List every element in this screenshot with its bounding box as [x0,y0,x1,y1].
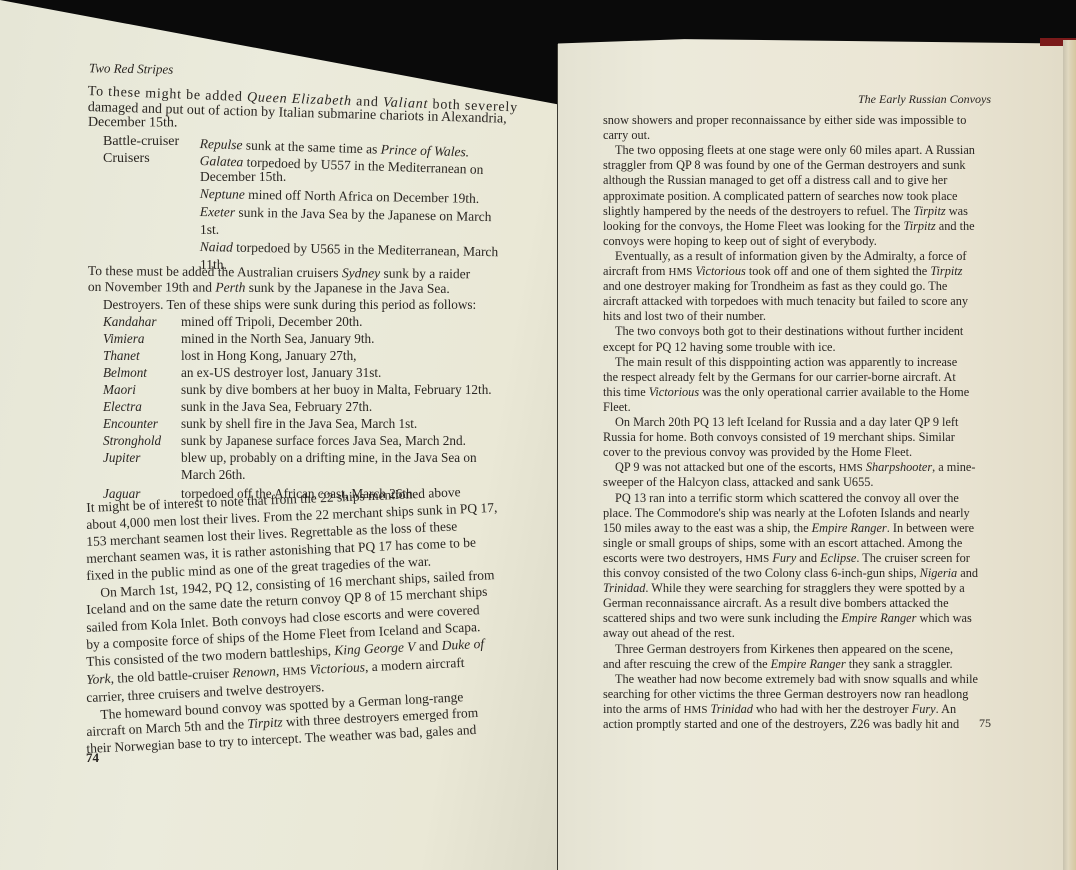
text-line: The weather had now become extremely bad… [615,672,978,687]
text: 1st. [200,222,219,237]
text: snow showers and proper reconnaissance b… [603,113,966,127]
text-line: convoys were hoping to keep out of sight… [603,234,877,249]
text: cover to the previous convoy was provide… [603,445,912,459]
ship-name: Trinidad [603,581,645,595]
text: single or small groups of ships, some wi… [603,536,962,550]
text: . The cruiser screen for [856,551,969,565]
ship-name: Nigeria [920,566,958,580]
text: aircraft attacked with torpedoes with mu… [603,294,968,308]
ship-name: Empire Ranger [841,611,916,625]
ship-name: Neptune [200,186,245,202]
text: except for PQ 12 having some trouble wit… [603,340,836,354]
text-line: mined in the North Sea, January 9th. [181,331,374,347]
ship-name: Trinidad [711,702,753,716]
text-line: The two opposing fleets at one stage wer… [615,143,975,158]
text-line: Thanet [103,348,140,364]
text: sunk in the Java Sea by the Japanese on … [235,205,492,224]
text: torpedoed by U565 in the Mediterranean, … [233,240,499,260]
ship-name: Repulse [200,136,243,152]
ship-name: Fury [772,551,796,565]
page-number-right: 75 [979,716,991,731]
page-number-left: 74 [86,750,99,766]
text: scattered ships and two were sunk includ… [603,611,841,625]
text: although the Russian managed to get off … [603,173,947,187]
text-line: Jupiter [103,450,140,466]
text: The two opposing fleets at one stage wer… [615,143,975,157]
ship-name: Renown [232,663,276,680]
ship-name: Kandahar [103,314,157,329]
text-line: on November 19th and Perth sunk by the J… [88,279,450,297]
text: was the only operational carrier availab… [699,385,969,399]
text-line: German reconnaissance aircraft. As a res… [603,596,949,611]
text-line: and one destroyer making for Trondheim a… [603,279,947,294]
text: carry out. [603,128,650,142]
ship-name: Jupiter [103,450,140,465]
ship-name: Maori [103,382,136,397]
text: this convoy consisted of the two Colony … [603,566,920,580]
ship-name: Empire Ranger [812,521,887,535]
text: and after rescuing the crew of the [603,657,771,671]
text: The weather had now become extremely bad… [615,672,978,686]
text-line: The two convoys both got to their destin… [615,324,963,339]
text-line: action promptly started and one of the d… [603,717,959,732]
text-line: straggler from QP 8 was found by one of … [603,158,966,173]
text: approximate position. A complicated patt… [603,189,957,203]
text: convoys were hoping to keep out of sight… [603,234,877,248]
text: 150 miles away to the east was a ship, t… [603,521,812,535]
text-line: except for PQ 12 having some trouble wit… [603,340,836,355]
text-line: searching for other victims the three Ge… [603,687,968,702]
text-line: December 15th. [88,115,178,131]
text: blew up, probably on a drifting mine, in… [181,450,477,465]
ship-name: Stronghold [103,433,161,448]
text: action promptly started and one of the d… [603,717,959,731]
text-line: Vimiera [103,331,145,347]
text-line: sunk by Japanese surface forces Java Sea… [181,433,466,449]
ship-name: Belmont [103,365,147,380]
text: away out ahead of the rest. [603,626,735,640]
text-line: aircraft attacked with torpedoes with mu… [603,294,968,309]
book-gutter [557,44,558,870]
text-line: slightly hampered by the needs of the de… [603,204,968,219]
text-line: looking for the convoys, the Home Fleet … [603,219,975,234]
text: sunk by dive bombers at her buoy in Malt… [181,382,492,397]
ship-name: Victorious [649,385,699,399]
ship-name: Electra [103,399,142,414]
ship-name: Tirpitz [914,204,946,218]
text: Fleet. [603,400,631,414]
text-line: Battle-cruiser [103,134,179,150]
ship-name: Victorious [309,659,365,676]
ship-name: Tirpitz [247,714,283,731]
text: The two convoys both got to their destin… [615,324,963,338]
text-line: 1st. [200,222,219,238]
text-line: single or small groups of ships, some wi… [603,536,962,551]
text: QP 9 was not attacked but one of the esc… [615,460,839,474]
text: sunk at the same time as [242,137,381,156]
text-line: cover to the previous convoy was provide… [603,445,912,460]
text-line: scattered ships and two were sunk includ… [603,611,972,626]
text: Battle-cruiser [103,134,179,149]
text-line: aircraft from HMS Victorious took off an… [603,264,962,279]
text-line: this convoy consisted of the two Colony … [603,566,978,581]
text: and [957,566,978,580]
ship-name: Duke of [441,636,484,653]
text: , a mine- [932,460,975,474]
text: sweeper of the Halcyon class, attacked a… [603,475,873,489]
running-head-right: The Early Russian Convoys [858,92,991,107]
text: German reconnaissance aircraft. As a res… [603,596,949,610]
text-line: Russia for home. Both convoys consisted … [603,430,955,445]
text-line: The main result of this disppointing act… [615,355,957,370]
text: mined in the North Sea, January 9th. [181,331,374,346]
ship-name: Victorious [695,264,745,278]
ship-name: Eclipse [820,551,856,565]
ship-name: Galatea [200,153,244,169]
text-line: Kandahar [103,314,157,330]
ship-name: York [86,671,111,687]
text: To these must be added the Australian cr… [88,263,342,280]
text: December 15th. [88,115,177,130]
text: Russia for home. Both convoys consisted … [603,430,955,444]
ship-prefix: HMS [839,462,863,474]
text: and one destroyer making for Trondheim a… [603,279,947,293]
ship-name: Prince of Wales. [381,142,470,160]
text: mined off Tripoli, December 20th. [181,314,362,329]
ship-name: Naiad [200,239,233,255]
text: place. The Commodore's ship was nearly a… [603,506,970,520]
text: this time [603,385,649,399]
ship-prefix: HMS [745,553,769,565]
text: sunk by a raider [380,266,470,282]
text: slightly hampered by the needs of the de… [603,204,914,218]
text-line: lost in Hong Kong, January 27th, [181,348,356,364]
ship-prefix: HMS [684,704,708,716]
text: and the [936,219,975,233]
text-line: escorts were two destroyers, HMS Fury an… [603,551,970,566]
ship-prefix: HMS [282,665,306,678]
text-line: December 15th. [200,169,286,185]
text-line: although the Russian managed to get off … [603,173,947,188]
text-line: sunk by dive bombers at her buoy in Malt… [181,382,492,398]
text-line: snow showers and proper reconnaissance b… [603,113,966,128]
text-line: the respect already felt by the Germans … [603,370,956,385]
text: Eventually, as a result of information g… [615,249,967,263]
text-line: PQ 13 ran into a terrific storm which sc… [615,491,959,506]
text-line: 150 miles away to the east was a ship, t… [603,521,974,536]
text: sunk in the Java Sea, February 27th. [181,399,372,414]
text-line: Three German destroyers from Kirkenes th… [615,642,953,657]
text: searching for other victims the three Ge… [603,687,968,701]
text-line: mined off Tripoli, December 20th. [181,314,362,330]
text: who had with her the destroyer [753,702,912,716]
text: . While they were searching for straggle… [645,581,964,595]
text: sunk by Japanese surface forces Java Sea… [181,433,466,448]
text: On March 20th PQ 13 left Iceland for Rus… [615,415,958,429]
ship-name: Sydney [342,265,380,280]
text: into the arms of [603,702,684,716]
text: an ex-US destroyer lost, January 31st. [181,365,381,380]
text: PQ 13 ran into a terrific storm which sc… [615,491,959,505]
ship-name: Empire Ranger [771,657,846,671]
page-edges [1063,40,1076,870]
text-line: this time Victorious was the only operat… [603,385,969,400]
text: , a modern aircraft [365,655,465,675]
text: sunk by the Japanese in the Java Sea. [245,280,449,296]
text: and [415,638,442,654]
text: which was [916,611,971,625]
ship-name: Tirpitz [904,219,936,233]
text-line: Maori [103,382,136,398]
text-line: March 26th. [181,467,245,483]
text-line: Fleet. [603,400,631,415]
text: hits and lost two of their number. [603,309,766,323]
text: looking for the convoys, the Home Fleet … [603,219,904,233]
text: March 26th. [181,467,245,482]
ship-name: Tirpitz [930,264,962,278]
text-line: approximate position. A complicated patt… [603,189,957,204]
text-line: and after rescuing the crew of the Empir… [603,657,953,672]
text-line: into the arms of HMS Trinidad who had wi… [603,702,956,717]
text: escorts were two destroyers, [603,551,745,565]
text: Three German destroyers from Kirkenes th… [615,642,953,656]
text-line: QP 9 was not attacked but one of the esc… [615,460,976,475]
text-line: Stronghold [103,433,161,449]
text: took off and one of them sighted the [746,264,931,278]
text: sunk by shell fire in the Java Sea, Marc… [181,416,417,431]
text-line: Electra [103,399,142,415]
text-line: sweeper of the Halcyon class, attacked a… [603,475,873,490]
text-line: Trinidad. While they were searching for … [603,581,965,596]
text-line: hits and lost two of their number. [603,309,766,324]
text: Cruisers [103,151,150,166]
text: the respect already felt by the Germans … [603,370,956,384]
text: aircraft from [603,264,669,278]
ship-name: Sharpshooter [866,460,932,474]
text: lost in Hong Kong, January 27th, [181,348,356,363]
text-line: away out ahead of the rest. [603,626,735,641]
ship-name: Vimiera [103,331,145,346]
text: on November 19th and [88,279,216,295]
running-head-left: Two Red Stripes [89,60,174,77]
ship-name: Encounter [103,416,158,431]
ship-name: Perth [215,280,245,295]
ship-name: King George V [334,639,416,658]
text: The main result of this disppointing act… [615,355,957,369]
ship-prefix: HMS [669,266,693,278]
text: straggler from QP 8 was found by one of … [603,158,966,172]
text: was [946,204,968,218]
ship-name: Fury [912,702,936,716]
ship-name: Exeter [200,204,235,220]
text-line: Eventually, as a result of information g… [615,249,967,264]
text-line: Belmont [103,365,147,381]
text-line: sunk by shell fire in the Java Sea, Marc… [181,416,417,432]
text: they sank a straggler. [846,657,953,671]
text-line: an ex-US destroyer lost, January 31st. [181,365,381,381]
text: and [796,551,820,565]
text-line: sunk in the Java Sea, February 27th. [181,399,372,415]
ship-name: Thanet [103,348,140,363]
text: . An [936,702,957,716]
text: . In between were [887,521,974,535]
text: mined off North Africa on December 19th. [245,187,480,206]
text-line: carry out. [603,128,650,143]
text-line: blew up, probably on a drifting mine, in… [181,450,477,466]
text-line: Encounter [103,416,158,432]
text-line: Cruisers [103,151,150,167]
text-line: On March 20th PQ 13 left Iceland for Rus… [615,415,958,430]
text-line: place. The Commodore's ship was nearly a… [603,506,970,521]
destroyers-intro: Destroyers. Ten of these ships were sunk… [103,297,476,313]
text: December 15th. [200,169,286,184]
